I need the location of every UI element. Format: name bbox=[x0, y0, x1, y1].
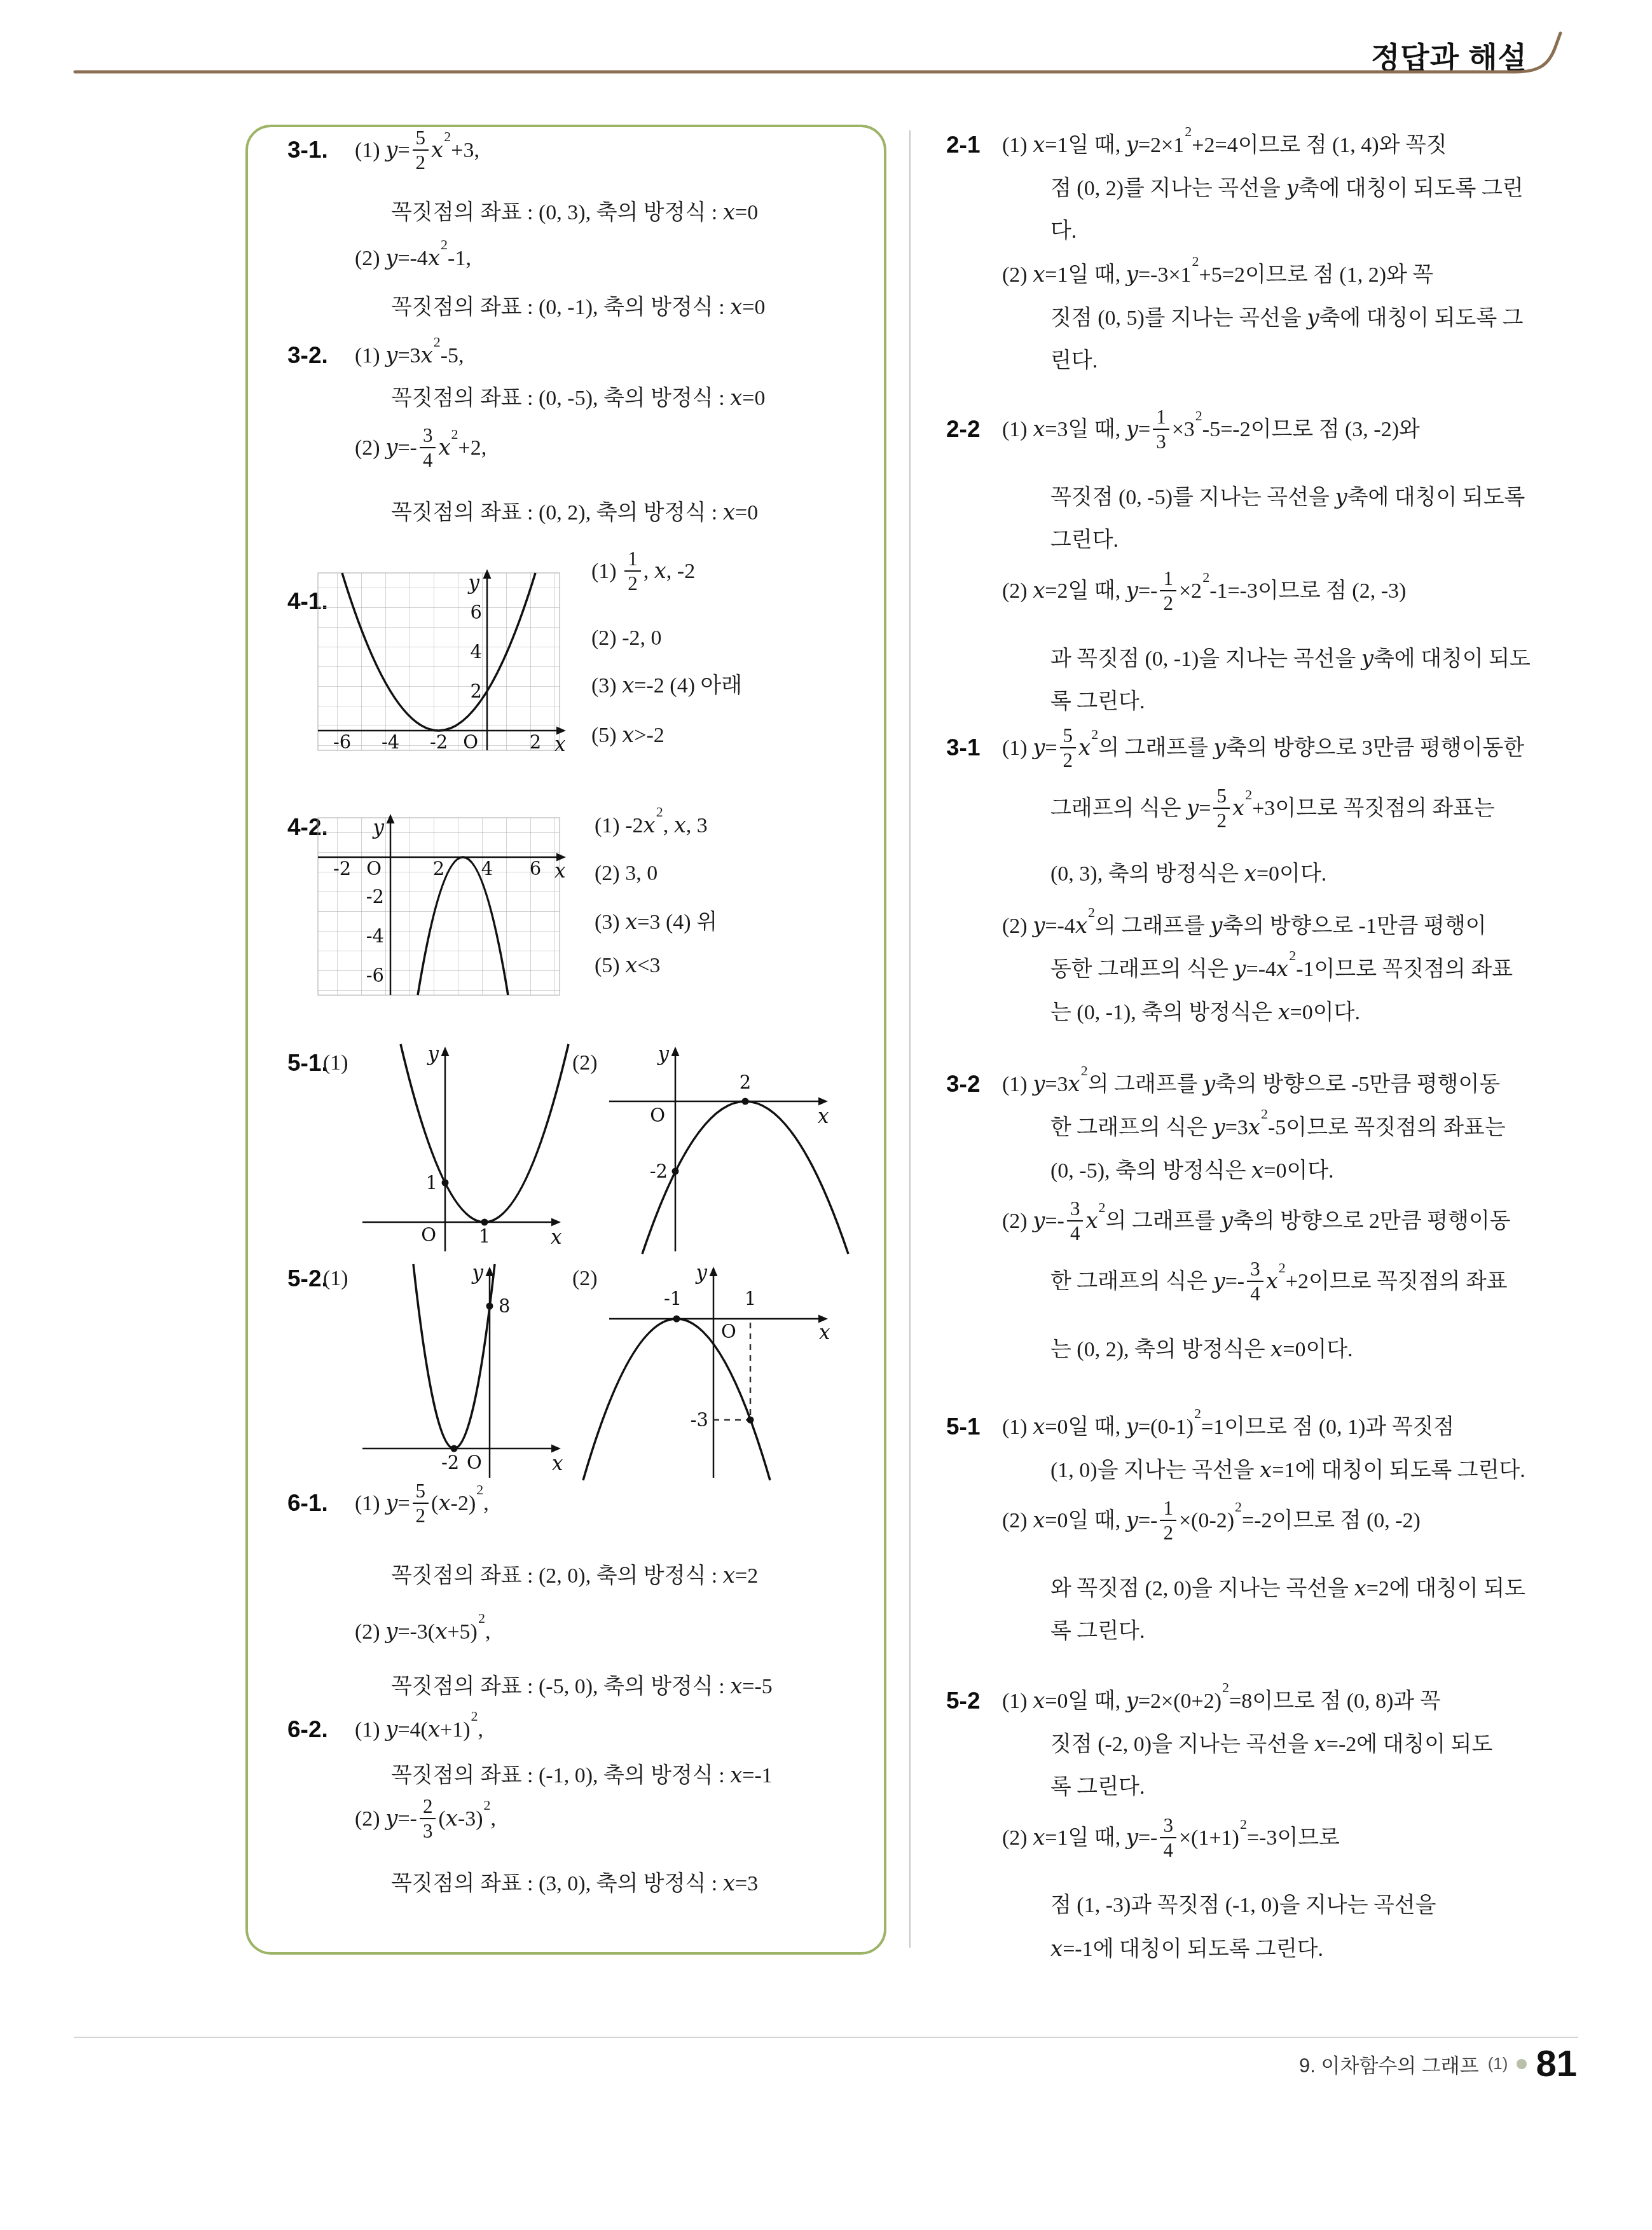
solution-line: (2) y=-23(x-3)2, bbox=[355, 1796, 496, 1845]
x-tick-label: -2 bbox=[333, 858, 351, 879]
figure-5-1-2-parabola: 2 O -2 y x bbox=[604, 1044, 833, 1254]
solution-line: (1, 0)을 지나는 곡선을 x=1에 대칭이 되도록 그린다. bbox=[1050, 1447, 1525, 1494]
answer-line: (3) x=-2 (4) 아래 bbox=[591, 663, 742, 709]
x-axis-label: x bbox=[818, 1105, 829, 1128]
solution-line: (2) y=-4x2-1, bbox=[355, 235, 471, 282]
solution-line: 과 꼭짓점 (0, -1)을 지나는 곡선을 y축에 대칭이 되도 bbox=[1050, 636, 1531, 682]
solution-line: 꼭짓점의 좌표 : (2, 0), 축의 방정식 : x=2 bbox=[391, 1553, 758, 1599]
problem-number: 3-1. bbox=[287, 127, 328, 173]
column-divider bbox=[909, 130, 911, 1948]
solution-line: 꼭짓점의 좌표 : (3, 0), 축의 방정식 : x=3 bbox=[391, 1861, 758, 1907]
footer-part: (1) bbox=[1488, 2054, 1508, 2074]
solution-line: 한 그래프의 식은 y=-34x2+2이므로 꼭짓점의 좌표 bbox=[1050, 1258, 1508, 1307]
solution-line: 록 그린다. bbox=[1050, 1765, 1145, 1810]
point-label: -3 bbox=[691, 1409, 708, 1431]
solution-line: (2) y=-3(x+5)2, bbox=[355, 1609, 490, 1655]
solution-line: 꼭짓점의 좌표 : (0, -1), 축의 방정식 : x=0 bbox=[391, 284, 766, 331]
solution-line: (1) x=1일 때, y=2×12+2=4이므로 점 (1, 4)와 꼭짓 bbox=[1002, 122, 1447, 169]
y-tick-label: 6 bbox=[471, 602, 482, 623]
x-tick-label: -4 bbox=[382, 731, 399, 753]
solution-line: (1) y=3x2의 그래프를 y축의 방향으로 -5만큼 평행이동 bbox=[1002, 1061, 1500, 1108]
solution-line: (2) y=-34x2의 그래프를 y축의 방향으로 2만큼 평행이동 bbox=[1002, 1198, 1511, 1247]
problem-number: 2-2 bbox=[946, 406, 980, 452]
answer-line: (5) x<3 bbox=[595, 942, 661, 989]
footer-rule bbox=[74, 2037, 1578, 2038]
answer-line: (3) x=3 (4) 위 bbox=[595, 899, 717, 946]
solution-line: (1) y=52(x-2)2, bbox=[355, 1480, 489, 1529]
solution-line: (2) x=2일 때, y=-12×22-1=-3이므로 점 (2, -3) bbox=[1002, 568, 1406, 617]
x-axis-label: x bbox=[554, 860, 566, 883]
y-axis-label: y bbox=[371, 816, 384, 839]
y-tick-label: 2 bbox=[471, 680, 482, 702]
solution-line: 점 (0, 2)를 지나는 곡선을 y축에 대칭이 되도록 그린 bbox=[1050, 165, 1524, 212]
solution-line: 는 (0, 2), 축의 방정식은 x=0이다. bbox=[1050, 1326, 1353, 1373]
figure-5-2-1-parabola: 8 -2 O y x bbox=[356, 1264, 566, 1480]
solution-line: 점 (1, -3)과 꼭짓점 (-1, 0)을 지나는 곡선을 bbox=[1050, 1883, 1436, 1929]
solution-line: 꼭짓점의 좌표 : (0, 3), 축의 방정식 : x=0 bbox=[391, 189, 758, 236]
y-tick-label: -6 bbox=[366, 965, 384, 986]
solution-line: 꼭짓점의 좌표 : (0, 2), 축의 방정식 : x=0 bbox=[391, 490, 758, 536]
point-label: -1 bbox=[664, 1288, 682, 1309]
x-axis-label: x bbox=[551, 1226, 562, 1249]
solution-line: (2) y=-4x2의 그래프를 y축의 방향으로 -1만큼 평행이 bbox=[1002, 903, 1487, 949]
solution-line: (2) x=0일 때, y=-12×(0-2)2=-2이므로 점 (0, -2) bbox=[1002, 1497, 1421, 1546]
origin-label: O bbox=[721, 1321, 736, 1342]
x-axis-label: x bbox=[819, 1321, 830, 1344]
figure-4-1-parabola-graph: 6 4 2 -6 -4 -2 2 O y x bbox=[313, 568, 567, 773]
point-label: 8 bbox=[499, 1295, 510, 1317]
origin-label: O bbox=[366, 858, 382, 879]
footer-chapter: 9. 이차함수의 그래프 bbox=[1299, 2049, 1479, 2078]
x-tick-label: -2 bbox=[430, 731, 448, 753]
x-tick-label: 6 bbox=[530, 858, 541, 879]
problem-number: 5-2. bbox=[287, 1256, 328, 1302]
solution-line: x=-1에 대칭이 되도록 그린다. bbox=[1050, 1926, 1323, 1972]
x-tick-label: 2 bbox=[530, 731, 541, 753]
page-number: 81 bbox=[1536, 2042, 1577, 2085]
solution-line: 록 그린다. bbox=[1050, 1609, 1145, 1655]
answer-line: (2) 3, 0 bbox=[595, 851, 657, 897]
x-tick-label: -6 bbox=[333, 731, 351, 753]
solution-line: 는 (0, -1), 축의 방정식은 x=0이다. bbox=[1050, 989, 1360, 1036]
solution-line: (2) x=1일 때, y=-34×(1+1)2=-3이므로 bbox=[1002, 1815, 1340, 1864]
footer-dot-icon bbox=[1517, 2059, 1527, 2069]
solution-line: 꼭짓점의 좌표 : (-5, 0), 축의 방정식 : x=-5 bbox=[391, 1663, 773, 1710]
solution-line: (1) y=3x2-5, bbox=[355, 333, 464, 379]
solution-line: 꼭짓점의 좌표 : (-1, 0), 축의 방정식 : x=-1 bbox=[391, 1752, 773, 1799]
solution-line: (1) y=52x2+3, bbox=[355, 127, 479, 176]
solution-line: 짓점 (0, 5)를 지나는 곡선을 y축에 대칭이 되도록 그 bbox=[1050, 295, 1524, 341]
figure-5-2-2-parabola: -1 1 O -3 y x bbox=[604, 1264, 833, 1480]
problem-number: 5-2 bbox=[946, 1678, 980, 1724]
part-label: (2) bbox=[572, 1256, 598, 1302]
solution-line: (1) x=3일 때, y=13×32-5=-2이므로 점 (3, -2)와 bbox=[1002, 406, 1420, 455]
problem-number: 5-1. bbox=[287, 1040, 328, 1086]
footer: 9. 이차함수의 그래프 (1) 81 bbox=[1299, 2042, 1577, 2085]
y-axis-label: y bbox=[694, 1262, 707, 1284]
point-label: 1 bbox=[479, 1225, 490, 1247]
origin-label: O bbox=[421, 1224, 436, 1246]
solution-line: 다. bbox=[1050, 209, 1077, 254]
answer-page: 정답과 해설 3-1. (1) y=52x2+3, 꼭짓점의 좌표 : (0, … bbox=[0, 0, 1652, 2230]
problem-number: 6-1. bbox=[287, 1480, 328, 1526]
header-rule bbox=[0, 0, 1652, 108]
y-axis-label: y bbox=[471, 1262, 483, 1284]
y-axis-label: y bbox=[426, 1043, 439, 1066]
solution-line: 한 그래프의 식은 y=3x2-5이므로 꼭짓점의 좌표는 bbox=[1050, 1105, 1506, 1151]
answer-line: (1) -2x2, x, 3 bbox=[595, 802, 708, 849]
answer-line: (2) -2, 0 bbox=[591, 616, 661, 661]
part-label: (2) bbox=[572, 1040, 598, 1086]
answer-line: (5) x>-2 bbox=[591, 712, 664, 759]
point-label: -2 bbox=[441, 1452, 459, 1473]
answer-line: (1) 12, x, -2 bbox=[591, 548, 695, 597]
solution-line: (1) x=0일 때, y=(0-1)2=1이므로 점 (0, 1)과 꼭짓점 bbox=[1002, 1404, 1454, 1450]
solution-line: 꼭짓점의 좌표 : (0, -5), 축의 방정식 : x=0 bbox=[391, 375, 766, 422]
y-tick-label: 4 bbox=[471, 641, 482, 663]
point-label: 2 bbox=[740, 1071, 751, 1093]
solution-line: (1) y=4(x+1)2, bbox=[355, 1707, 483, 1753]
x-tick-label: 2 bbox=[433, 858, 444, 879]
solution-line: 동한 그래프의 식은 y=-4x2-1이므로 꼭짓점의 좌표 bbox=[1050, 946, 1513, 993]
solution-line: (0, -5), 축의 방정식은 x=0이다. bbox=[1050, 1148, 1334, 1194]
part-label: (1) bbox=[323, 1256, 348, 1302]
problem-number: 2-1 bbox=[946, 122, 980, 168]
origin-label: O bbox=[463, 731, 478, 753]
y-tick-label: -4 bbox=[366, 925, 384, 947]
solution-line: 그린다. bbox=[1050, 518, 1119, 563]
x-axis-label: x bbox=[554, 733, 566, 756]
problem-number: 6-2. bbox=[287, 1707, 328, 1752]
y-axis-label: y bbox=[467, 572, 479, 595]
x-axis-label: x bbox=[552, 1452, 563, 1475]
problem-number: 5-1 bbox=[946, 1404, 980, 1450]
solution-line: 그래프의 식은 y=52x2+3이므로 꼭짓점의 좌표는 bbox=[1050, 785, 1495, 834]
solution-line: (2) y=-34x2+2, bbox=[355, 425, 486, 474]
grid bbox=[318, 818, 560, 995]
figure-5-1-1-parabola: 1 O 1 y x bbox=[356, 1044, 566, 1254]
problem-number: 3-2 bbox=[946, 1061, 980, 1107]
solution-line: 록 그린다. bbox=[1050, 679, 1145, 725]
solution-line: (0, 3), 축의 방정식은 x=0이다. bbox=[1050, 851, 1326, 897]
solution-line: 린다. bbox=[1050, 338, 1098, 384]
problem-number: 3-2. bbox=[287, 333, 328, 378]
origin-label: O bbox=[650, 1105, 665, 1126]
grid bbox=[318, 573, 560, 750]
origin-label: O bbox=[467, 1452, 482, 1473]
x-tick-label: 4 bbox=[481, 858, 493, 879]
solution-line: 와 꼭짓점 (2, 0)을 지나는 곡선을 x=2에 대칭이 되도 bbox=[1050, 1566, 1525, 1612]
solution-line: 짓점 (-2, 0)을 지나는 곡선을 x=-2에 대칭이 되도 bbox=[1050, 1721, 1492, 1768]
solution-line: 꼭짓점 (0, -5)를 지나는 곡선을 y축에 대칭이 되도록 bbox=[1050, 474, 1525, 521]
point-label: 1 bbox=[745, 1288, 756, 1309]
part-label: (1) bbox=[323, 1040, 348, 1086]
y-tick-label: -2 bbox=[366, 886, 384, 907]
point-label: 1 bbox=[426, 1172, 437, 1194]
solution-line: (1) x=0일 때, y=2×(0+2)2=8이므로 점 (0, 8)과 꼭 bbox=[1002, 1678, 1441, 1724]
solution-line: (2) x=1일 때, y=-3×12+5=2이므로 점 (1, 2)와 꼭 bbox=[1002, 252, 1433, 298]
point-label: -2 bbox=[650, 1160, 668, 1182]
problem-number: 3-1 bbox=[946, 725, 980, 771]
figure-4-2-parabola-graph: -2 2 4 6 O -2 -4 -6 y x bbox=[313, 813, 567, 1017]
solution-line: (1) y=52x2의 그래프를 y축의 방향으로 3만큼 평행이동한 bbox=[1002, 725, 1524, 774]
y-axis-label: y bbox=[656, 1043, 669, 1066]
